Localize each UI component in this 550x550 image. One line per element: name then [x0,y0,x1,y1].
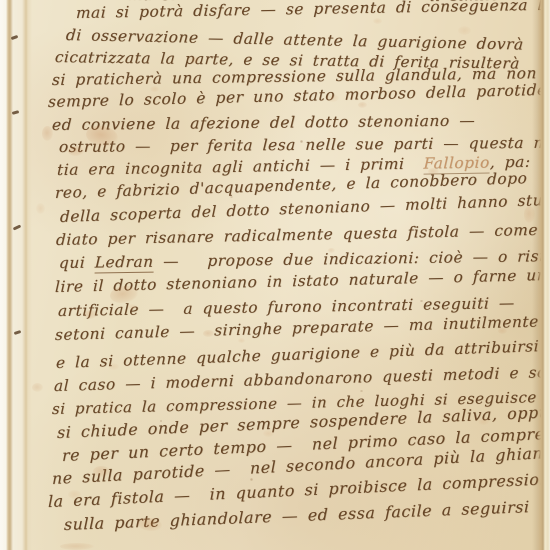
manuscript-text-block: mai si potrà disfare — se presenta di co… [0,0,550,550]
clipped-top-line-fragment: ma si [128,0,177,4]
manuscript-line-6: ed conviene la afezione del dotto stenon… [52,112,476,134]
line-text: qui [59,253,96,272]
line-text: ostrutto — per ferita lesa nelle sue par… [59,133,550,156]
highlighted-word: Ledran [94,253,154,274]
manuscript-line-11: diato per risanare radicalmente questa f… [56,221,539,249]
line-text: diato per risanare radicalmente questa f… [56,221,539,249]
line-text: ed conviene la afezione del dotto stenon… [52,112,476,134]
manuscript-page: mai si potrà disfare — se presenta di co… [0,0,550,550]
manuscript-line-7: ostrutto — per ferita lesa nelle sue par… [59,133,550,156]
